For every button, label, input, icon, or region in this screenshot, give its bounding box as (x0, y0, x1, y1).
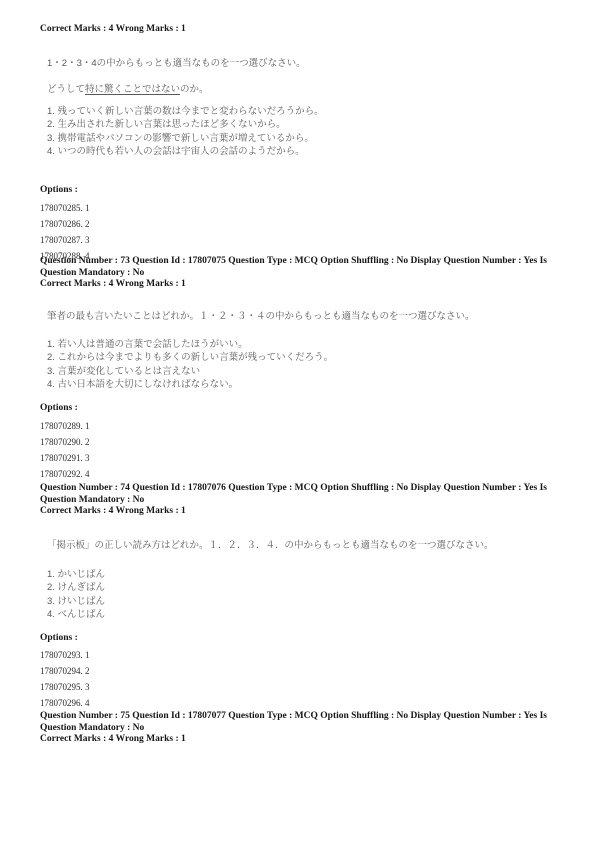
marks-line: Correct Marks : 4 Wrong Marks : 1 (40, 506, 572, 518)
question-instruction: 筆者の最も言いたいことはどれか。１・２・３・４の中からもっとも適当なものを一つ選… (47, 308, 475, 322)
choice-4: 4. いつの時代も若い人の会話は宇宙人の会話のようだから。 (47, 145, 324, 158)
choice-3: 3. 携帯電話やパソコンの影響で新しい言葉が増えているから。 (47, 132, 324, 145)
option-id-3: 178070291. 3 (40, 450, 90, 466)
option-id-1: 178070293. 1 (40, 647, 90, 663)
option-id-1: 178070289. 1 (40, 418, 90, 434)
question-header: Question Number : 74 Question Id : 17807… (40, 483, 572, 506)
option-id-list: 178070285. 1 178070286. 2 178070287. 3 1… (40, 200, 90, 264)
option-id-4: 178070296. 4 (40, 695, 90, 711)
choice-2: 2. けんぎばん (47, 581, 105, 594)
option-id-4: 178070292. 4 (40, 466, 90, 482)
question-stem-suffix: のか。 (180, 84, 209, 95)
option-id-2: 178070294. 2 (40, 663, 90, 679)
question-stem-underlined: 特に驚くことではない (85, 84, 180, 95)
option-id-3: 178070295. 3 (40, 679, 90, 695)
question-instruction: 「掲示板」の正しい読み方はどれか。１．２．３．４．の中からもっとも適当なものを一… (47, 537, 494, 551)
choice-4: 4. 古い日本語を大切にしなければならない。 (47, 378, 333, 391)
marks-line: Correct Marks : 4 Wrong Marks : 1 (40, 734, 572, 746)
choice-1: 1. かいじばん (47, 568, 105, 581)
choice-1: 1. 残っていく新しい言葉の数は今までと変わらないだろうから。 (47, 105, 324, 118)
option-id-list: 178070289. 1 178070290. 2 178070291. 3 1… (40, 418, 90, 482)
question-instruction: 1・2・3・4の中からもっとも適当なものを一つ選びなさい。 (47, 55, 306, 69)
choice-2: 2. 生み出された新しい言葉は思ったほど多くないから。 (47, 118, 324, 131)
choice-3: 3. 言葉が変化しているとは言えない (47, 365, 333, 378)
options-label: Options : (40, 633, 572, 645)
question-stem: どうして特に驚くことではないのか。 (47, 81, 209, 95)
choice-2: 2. これからは今までよりも多くの新しい言葉が残っていくだろう。 (47, 351, 333, 364)
option-id-1: 178070285. 1 (40, 200, 90, 216)
exam-question-paper-page: Correct Marks : 4 Wrong Marks : 1 1・2・3・… (0, 0, 595, 842)
choice-4: 4. べんじばん (47, 608, 105, 621)
marks-line: Correct Marks : 4 Wrong Marks : 1 (40, 279, 572, 291)
question-header: Question Number : 73 Question Id : 17807… (40, 256, 572, 279)
question-stem-prefix: どうして (47, 84, 85, 95)
marks-line: Correct Marks : 4 Wrong Marks : 1 (40, 24, 572, 36)
option-id-2: 178070290. 2 (40, 434, 90, 450)
option-id-3: 178070287. 3 (40, 232, 90, 248)
question-header: Question Number : 75 Question Id : 17807… (40, 711, 572, 734)
choice-list: 1. 若い人は普通の言葉で会話したほうがいい。 2. これからは今までよりも多く… (47, 338, 333, 391)
choice-list: 1. 残っていく新しい言葉の数は今までと変わらないだろうから。 2. 生み出され… (47, 105, 324, 158)
options-label: Options : (40, 403, 572, 415)
options-label: Options : (40, 185, 572, 197)
choice-3: 3. けいじばん (47, 595, 105, 608)
choice-1: 1. 若い人は普通の言葉で会話したほうがいい。 (47, 338, 333, 351)
choice-list: 1. かいじばん 2. けんぎばん 3. けいじばん 4. べんじばん (47, 568, 105, 621)
option-id-2: 178070286. 2 (40, 216, 90, 232)
option-id-list: 178070293. 1 178070294. 2 178070295. 3 1… (40, 647, 90, 711)
